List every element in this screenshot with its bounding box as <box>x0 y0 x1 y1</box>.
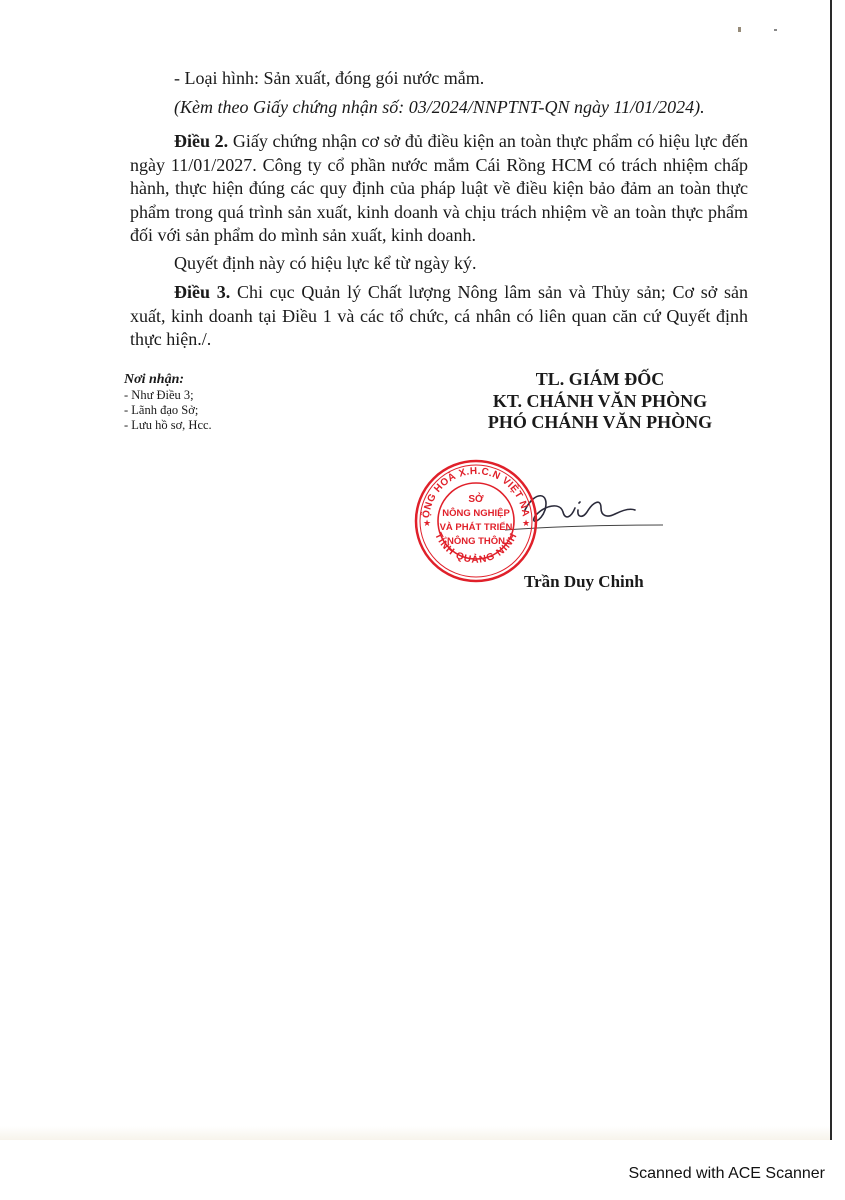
svg-text:★: ★ <box>522 519 530 529</box>
svg-text:★: ★ <box>423 519 431 529</box>
svg-text:NÔNG THÔN: NÔNG THÔN <box>447 535 505 547</box>
signature-title-1: TL. GIÁM ĐỐC <box>455 369 745 391</box>
signature-title-2: KT. CHÁNH VĂN PHÒNG <box>455 391 745 413</box>
article-2-label: Điều 2. <box>174 131 228 151</box>
recipient-item: - Lưu hồ sơ, Hcc. <box>124 418 212 433</box>
official-stamp: CỘNG HOÀ X.H.C.N VIỆT NAM TỈNH QUẢNG NIN… <box>413 458 539 584</box>
signature-title-3: PHÓ CHÁNH VĂN PHÒNG <box>455 412 745 434</box>
recipient-item: - Lãnh đạo Sở; <box>124 403 212 418</box>
scanner-watermark: Scanned with ACE Scanner <box>628 1165 825 1183</box>
type-line: - Loại hình: Sản xuất, đóng gói nước mắm… <box>174 66 484 90</box>
recipient-item: - Như Điều 3; <box>124 388 212 403</box>
scan-speck <box>774 29 777 31</box>
svg-text:VÀ PHÁT TRIỂN: VÀ PHÁT TRIỂN <box>440 521 513 533</box>
effective-line: Quyết định này có hiệu lực kể từ ngày ký… <box>174 251 476 275</box>
recipients-block: Nơi nhận: - Như Điều 3; - Lãnh đạo Sở; -… <box>124 371 212 433</box>
svg-text:NÔNG NGHIỆP: NÔNG NGHIỆP <box>442 507 510 519</box>
article-2: Điều 2. Giấy chứng nhận cơ sở đủ điều ki… <box>130 130 748 248</box>
svg-text:SỞ: SỞ <box>468 492 484 505</box>
article-3: Điều 3. Chi cục Quản lý Chất lượng Nông … <box>130 281 748 352</box>
document-page: - Loại hình: Sản xuất, đóng gói nước mắm… <box>0 0 832 1140</box>
attachment-line: (Kèm theo Giấy chứng nhận số: 03/2024/NN… <box>174 95 705 119</box>
signer-name: Trần Duy Chinh <box>524 572 644 592</box>
recipients-title: Nơi nhận: <box>124 371 212 388</box>
article-3-label: Điều 3. <box>174 282 230 302</box>
scan-speck <box>738 27 741 32</box>
signature-block: TL. GIÁM ĐỐC KT. CHÁNH VĂN PHÒNG PHÓ CHÁ… <box>455 369 745 434</box>
